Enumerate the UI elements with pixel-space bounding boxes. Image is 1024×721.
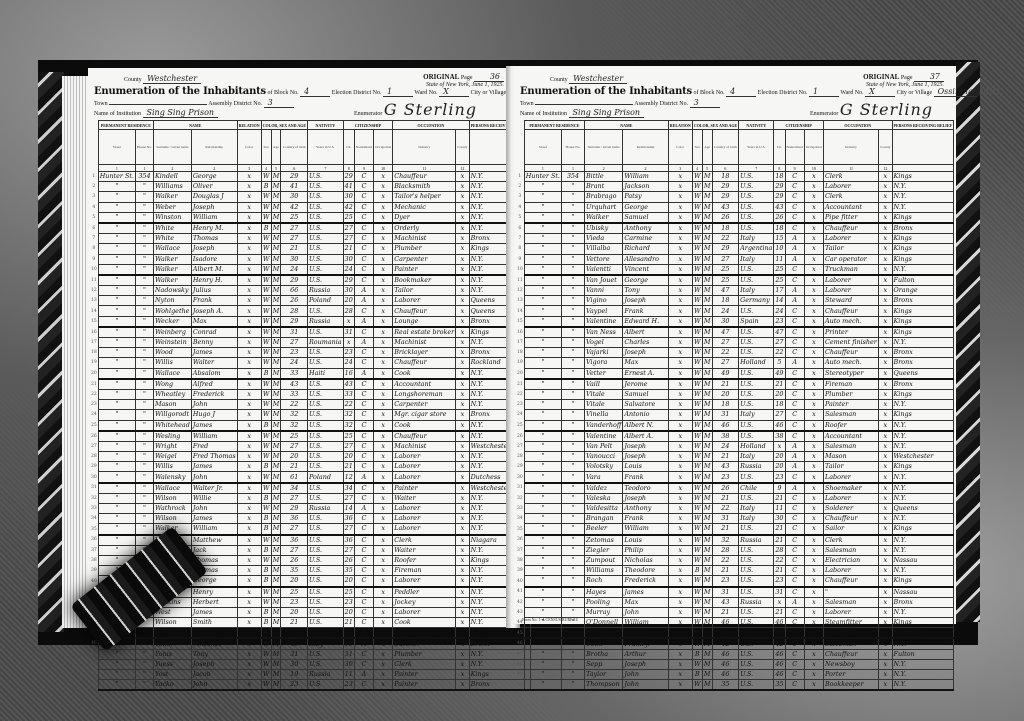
cell-occ: Auto mech. <box>823 316 878 327</box>
line-number: 15 <box>90 316 98 327</box>
cell-house: " <box>561 306 584 316</box>
cell-ind: x <box>456 202 469 212</box>
cell-street: " <box>524 379 561 390</box>
cell-rel: x <box>237 628 261 639</box>
cell-cit: C <box>785 338 804 348</box>
cell-color: W <box>692 212 702 223</box>
cell-yrs: 18 <box>774 223 785 234</box>
cell-sex: M <box>702 264 712 275</box>
cell-county: N.Y. <box>892 441 953 451</box>
cell-house: " <box>135 223 153 234</box>
cell-house: " <box>135 379 153 390</box>
cell-sex: M <box>271 275 281 286</box>
page-header: County Westchester ORIGINAL Page 37 Stat… <box>520 70 950 118</box>
cell-street: " <box>524 452 561 462</box>
cell-cit: A <box>785 358 804 368</box>
cell-sex: M <box>702 535 712 546</box>
cell-occ: Salesman <box>823 410 878 420</box>
cell-cit: C <box>354 172 373 182</box>
cell-given: Arthur <box>623 649 668 659</box>
census-row: 14""VaypelFrankxWM24U.S.24CxChauffeurxKi… <box>516 306 954 316</box>
town-label: Town <box>520 101 534 107</box>
cell-surname: Brant <box>584 182 622 192</box>
cell-age: 23 <box>281 597 308 607</box>
cell-color: W <box>692 607 702 617</box>
cell-ind: x <box>456 576 469 587</box>
cell-house: " <box>135 389 153 399</box>
cell-natz: x <box>374 483 393 494</box>
cell-rel: x <box>668 545 692 555</box>
cell-nat: U.S. <box>739 379 774 390</box>
cell-occ: Fireman <box>393 566 456 576</box>
cell-cit: C <box>785 389 804 399</box>
cell-sex: M <box>271 472 281 483</box>
cell-yrs: x <box>343 628 354 639</box>
cell-ind: x <box>456 358 469 368</box>
cell-ind: x <box>456 680 469 691</box>
cell-cit: A <box>785 244 804 254</box>
city-extra: 1461 <box>978 87 1001 97</box>
cell-ind: x <box>879 680 892 691</box>
cell-age: 27 <box>712 338 739 348</box>
cell-nat: U.S. <box>739 306 774 316</box>
census-row: 19""WillisWalterxWM24U.S.24CxChauffeurxR… <box>90 358 531 368</box>
cell-age: 21 <box>281 244 308 254</box>
cell-surname: Walker <box>153 264 191 275</box>
cell-ind: x <box>879 483 892 494</box>
cell-occ: Chauffeur <box>393 358 456 368</box>
cell-color: B <box>692 670 702 680</box>
cell-county: Queens <box>892 504 953 514</box>
cell-nat: Germany <box>739 296 774 306</box>
cell-nat: U.S. <box>308 618 344 628</box>
cell-yrs: 35 <box>343 566 354 576</box>
cell-sex: M <box>271 576 281 587</box>
line-number: 37 <box>90 545 98 555</box>
line-number: 15 <box>516 316 524 327</box>
cell-yrs: 42 <box>774 638 785 649</box>
cell-yrs: 22 <box>774 555 785 565</box>
cell-color: W <box>261 296 271 306</box>
line-number: 8 <box>516 244 524 254</box>
cell-yrs: 5 <box>774 358 785 368</box>
cell-house: " <box>135 431 153 442</box>
cell-yrs: 15 <box>774 234 785 244</box>
cell-surname: Wright <box>153 441 191 451</box>
cell-rel: x <box>668 618 692 628</box>
census-row: 50""ThompsonJohnxWM35U.S.35CxBookkeeperx… <box>516 680 954 691</box>
cell-cit: C <box>354 389 373 399</box>
line-number: 16 <box>516 327 524 338</box>
cell-color: W <box>692 400 702 410</box>
cell-street: Hunter St. <box>98 172 135 182</box>
census-row: 17""WeinsteinBennyxWM27RoumaniaxAxMachin… <box>90 338 531 348</box>
page-title: Enumeration of the Inhabitants <box>94 86 266 97</box>
column-number: 10 <box>804 165 823 172</box>
cell-nat: U.S. <box>308 410 344 420</box>
line-number: 25 <box>90 420 98 431</box>
cell-sex: M <box>702 545 712 555</box>
cell-sex: M <box>271 400 281 410</box>
census-row: 27""WrightFredxWM27U.S.27CxMachinistxWes… <box>90 441 531 451</box>
cell-surname: Van Pelt <box>584 441 622 451</box>
cell-house: " <box>135 286 153 296</box>
cell-house: " <box>135 264 153 275</box>
cell-age: 18 <box>712 172 739 182</box>
cell-yrs: 26 <box>343 555 354 565</box>
cell-occ: Bookkeeper <box>823 680 878 691</box>
cell-sex: M <box>702 172 712 182</box>
cell-surname: Yonis <box>153 649 191 659</box>
line-number: 47 <box>516 649 524 659</box>
census-row: 29""WillisJamesxBM21U.S.21CxLaborerxN.Y. <box>90 462 531 472</box>
cell-surname: Walker <box>153 275 191 286</box>
cell-yrs: 46 <box>774 420 785 431</box>
cell-surname: Vanni <box>584 286 622 296</box>
cell-ind: x <box>456 286 469 296</box>
cell-given: Tony <box>191 649 237 659</box>
cell-age: 42 <box>281 202 308 212</box>
cell-ind: x <box>879 493 892 503</box>
cell-house: " <box>561 420 584 431</box>
cell-nat: U.S. <box>739 628 774 639</box>
line-number: 39 <box>516 566 524 576</box>
cell-color: W <box>692 504 702 514</box>
cell-ind: x <box>456 618 469 628</box>
cell-sex: M <box>702 410 712 420</box>
cell-given: Joseph <box>623 659 668 669</box>
cell-natz: x <box>804 607 823 617</box>
cell-nat: U.S. <box>739 192 774 202</box>
cell-yrs: 25 <box>774 275 785 286</box>
cell-age: 43 <box>712 202 739 212</box>
cell-natz: x <box>374 275 393 286</box>
cell-color: W <box>261 348 271 358</box>
cell-natz: x <box>374 379 393 390</box>
cell-yrs: 23 <box>774 576 785 587</box>
cell-street: " <box>524 389 561 399</box>
cell-cit: C <box>785 628 804 639</box>
cell-age: 43 <box>712 462 739 472</box>
cell-street: " <box>98 389 135 399</box>
cell-rel: x <box>668 368 692 379</box>
cell-age: 28 <box>281 306 308 316</box>
line-number: 5 <box>516 212 524 223</box>
cell-color: W <box>692 389 702 399</box>
cell-nat: U.S. <box>308 172 344 182</box>
cell-natz: x <box>374 535 393 546</box>
line-number: 9 <box>516 254 524 264</box>
census-row: 33""WathrockJohnxWM29Russia14AxLaborerxN… <box>90 504 531 514</box>
cell-cit: C <box>785 638 804 649</box>
cell-rel: x <box>237 254 261 264</box>
cell-natz: x <box>374 400 393 410</box>
cell-street: " <box>524 420 561 431</box>
cell-rel: x <box>237 441 261 451</box>
column-subheader: Industry <box>823 130 878 165</box>
cell-nat: Russia <box>739 535 774 546</box>
cell-given: Frederick <box>191 389 237 399</box>
cell-age: 43 <box>712 597 739 607</box>
cell-ind: x <box>456 524 469 535</box>
cell-surname: Ubisky <box>584 223 622 234</box>
cell-occ: Chauffeur <box>823 306 878 316</box>
cell-natz: x <box>374 338 393 348</box>
cell-occ: Car operator <box>823 254 878 264</box>
cell-county: Fulton <box>892 649 953 659</box>
cell-surname: Whitehead <box>153 420 191 431</box>
cell-color: B <box>692 649 702 659</box>
cell-cit: C <box>354 452 373 462</box>
cell-age: 26 <box>712 212 739 223</box>
cell-house: " <box>135 368 153 379</box>
cell-street: " <box>98 420 135 431</box>
cell-ind: x <box>879 618 892 628</box>
cell-age: 24 <box>281 358 308 368</box>
cell-occ: Mgr. cigar store <box>393 410 456 420</box>
column-number: 1 <box>98 165 135 172</box>
cell-house: " <box>561 202 584 212</box>
cell-sex: M <box>271 607 281 617</box>
cell-surname: Vogel <box>584 338 622 348</box>
cell-cit: C <box>785 348 804 358</box>
cell-nat: U.S. <box>739 659 774 669</box>
line-number: 8 <box>90 244 98 254</box>
cell-yrs: 23 <box>774 316 785 327</box>
census-row: 41""HayesJamesxWM31U.S.31Cx"xNassau <box>516 587 954 598</box>
cell-nat: Haiti <box>308 368 344 379</box>
cell-given: Ernest A. <box>623 368 668 379</box>
cell-cit: C <box>354 607 373 617</box>
cell-yrs: 36 <box>343 514 354 524</box>
cell-street: " <box>524 182 561 192</box>
cell-sex: M <box>271 566 281 576</box>
block-value: 4 <box>300 87 330 97</box>
cell-sex: M <box>271 680 281 691</box>
cell-age: 27 <box>712 358 739 368</box>
census-row: 20""VetterErnest A.xWM49U.S.49CxStereoty… <box>516 368 954 379</box>
line-number: 13 <box>90 296 98 306</box>
cell-age: 25 <box>281 431 308 442</box>
cell-natz: x <box>374 316 393 327</box>
cell-color: W <box>261 597 271 607</box>
column-subheader: Relationship <box>623 130 668 165</box>
column-subheader: Color <box>668 130 692 165</box>
cell-occ: Laborer <box>393 576 456 587</box>
cell-given: James <box>191 348 237 358</box>
cell-nat: U.S. <box>739 670 774 680</box>
line-number: 38 <box>90 555 98 565</box>
line-number: 7 <box>516 234 524 244</box>
line-number: 3 <box>516 192 524 202</box>
line-number: 26 <box>90 431 98 442</box>
cell-occ: Machinist <box>393 441 456 451</box>
cell-yrs: 30 <box>343 254 354 264</box>
cell-street: " <box>524 566 561 576</box>
cell-natz: x <box>804 202 823 212</box>
line-number: 12 <box>516 286 524 296</box>
cell-given: Julius <box>191 286 237 296</box>
cell-surname: Wood <box>153 348 191 358</box>
cell-nat: U.S. <box>739 338 774 348</box>
cell-rel: x <box>237 504 261 514</box>
cell-street: " <box>524 264 561 275</box>
census-row: 44""O'DonnellWilliamxWM46U.S.46CxSteamfi… <box>516 618 954 628</box>
cell-given: Frederick <box>623 576 668 587</box>
cell-surname: Yost <box>153 670 191 680</box>
line-number: 50 <box>516 680 524 691</box>
column-number: 11 <box>823 165 878 172</box>
census-row: 46""CookFrank J.xWM42U.S.42CxSalesmanxN.… <box>516 638 954 649</box>
cell-ind: x <box>879 182 892 192</box>
cell-natz: x <box>374 264 393 275</box>
cell-natz: x <box>804 441 823 451</box>
census-row: 16""WeinbergConradxWM31U.S.31CxReal esta… <box>90 327 531 338</box>
cell-street: " <box>98 400 135 410</box>
cell-ind: x <box>456 431 469 442</box>
column-subheader: Years in U.S. <box>308 130 344 165</box>
cell-rel: x <box>668 483 692 494</box>
cell-county: Kings <box>892 389 953 399</box>
cell-natz: x <box>804 420 823 431</box>
census-row: 31""WallaceWalter Jr.xWM34U.S.34CxPainte… <box>90 483 531 494</box>
cell-nat: U.S. <box>739 680 774 691</box>
cell-surname: Villalba <box>584 244 622 254</box>
cell-natz: x <box>374 555 393 565</box>
cell-occ: Orderly <box>393 223 456 234</box>
election-district-value: 1 <box>383 87 413 97</box>
cell-age: 25 <box>281 587 308 598</box>
cell-occ: Shoemaker <box>823 483 878 494</box>
column-number: 5 <box>702 165 712 172</box>
cell-natz: x <box>804 618 823 628</box>
cell-cit: C <box>785 670 804 680</box>
column-subheader: County <box>879 130 892 165</box>
cell-ind: x <box>456 306 469 316</box>
cell-color: W <box>692 628 702 639</box>
cell-sex: M <box>271 327 281 338</box>
cell-nat: Italy <box>739 452 774 462</box>
cell-nat: Russia <box>308 628 344 639</box>
cell-color: W <box>261 172 271 182</box>
cell-age: 49 <box>281 638 308 649</box>
cell-ind: x <box>456 514 469 524</box>
cell-natz: x <box>374 306 393 316</box>
cell-color: W <box>692 368 702 379</box>
cell-age: 30 <box>281 254 308 264</box>
cell-surname: Urquhart <box>584 202 622 212</box>
census-row: 43""MurrayJohnxWM21U.S.21CxLaborerxN.Y. <box>516 607 954 617</box>
column-subheader: Naturalized <box>785 130 804 165</box>
cell-natz: x <box>374 441 393 451</box>
cell-age: 27 <box>281 223 308 234</box>
cell-yrs: 20 <box>774 462 785 472</box>
cell-sex: M <box>702 670 712 680</box>
cell-color: W <box>692 441 702 451</box>
column-number: 8 <box>343 165 354 172</box>
cell-natz: x <box>374 358 393 368</box>
line-number: 39 <box>90 566 98 576</box>
cell-county: Westchester <box>892 452 953 462</box>
census-row: 29""VolotskyLouisxWM43Russia20AxTailorxK… <box>516 462 954 472</box>
cell-natz: x <box>374 223 393 234</box>
cell-surname: Hayes <box>584 628 622 639</box>
cell-house: " <box>561 628 584 639</box>
cell-ind: x <box>456 400 469 410</box>
cell-surname: Cook <box>584 638 622 649</box>
cell-color: W <box>692 462 702 472</box>
cell-ind: x <box>456 368 469 379</box>
cell-natz: x <box>374 576 393 587</box>
block-label: of Block No. <box>694 90 725 96</box>
cell-occ: Laborer <box>393 472 456 483</box>
census-row: 18""WoodJamesxWM23U.S.23CxBricklayerxBro… <box>90 348 531 358</box>
column-group-header: OCCUPATION <box>393 121 469 130</box>
cell-street: " <box>524 431 561 442</box>
line-number: 6 <box>516 223 524 234</box>
cell-occ: Butcher <box>393 638 456 649</box>
cell-nat: Italy <box>739 504 774 514</box>
cell-surname: Walker <box>584 212 622 223</box>
cell-county: Queens <box>892 368 953 379</box>
cell-street: " <box>98 483 135 494</box>
cell-cit: C <box>785 316 804 327</box>
cell-surname: Pooling <box>584 597 622 607</box>
cell-cit: C <box>354 244 373 254</box>
cell-sex: M <box>702 597 712 607</box>
county-label: County <box>550 77 569 83</box>
cell-cit: C <box>785 649 804 659</box>
cell-surname: Vigora <box>584 358 622 368</box>
census-row: 32""ValeskaJosephxWM21U.S.21CxLaborerxN.… <box>516 493 954 503</box>
cell-yrs: 21 <box>774 379 785 390</box>
cell-cit: A <box>354 296 373 306</box>
census-row: 21""WongAlfredxWM43U.S.43CxAccountantxN.… <box>90 379 531 390</box>
cell-nat: Argentina <box>739 244 774 254</box>
cell-cit: C <box>354 254 373 264</box>
cell-ind: x <box>456 182 469 192</box>
cell-rel: x <box>237 514 261 524</box>
cell-nat: U.S. <box>308 358 344 368</box>
cell-natz: x <box>374 638 393 649</box>
cell-sex: M <box>271 306 281 316</box>
page-number: 36 <box>474 72 504 82</box>
cell-yrs: 35 <box>774 680 785 691</box>
cell-surname: Wallace <box>153 483 191 494</box>
column-group-header: OCCUPATION <box>823 121 892 130</box>
cell-color: W <box>692 358 702 368</box>
cell-county: Kings <box>892 576 953 587</box>
cell-natz: x <box>804 504 823 514</box>
cell-sex: M <box>271 618 281 628</box>
cell-ind: x <box>879 358 892 368</box>
column-subheader: Street <box>524 130 561 165</box>
cell-rel: x <box>668 452 692 462</box>
census-row: 10""WalkerAlbert M.xWM24U.S.24CxPainterx… <box>90 264 531 275</box>
cell-surname: Willgorodt <box>153 410 191 420</box>
cell-age: 29 <box>712 244 739 254</box>
cell-rel: x <box>668 472 692 483</box>
cell-rel: x <box>237 545 261 555</box>
cell-cit: C <box>785 618 804 628</box>
cell-color: B <box>261 576 271 587</box>
cell-street: " <box>98 348 135 358</box>
cell-rel: x <box>237 680 261 691</box>
cell-county: Kings <box>892 327 953 338</box>
cell-house: " <box>561 254 584 264</box>
cell-cit: C <box>354 358 373 368</box>
cell-occ: Chauffeur <box>823 514 878 524</box>
